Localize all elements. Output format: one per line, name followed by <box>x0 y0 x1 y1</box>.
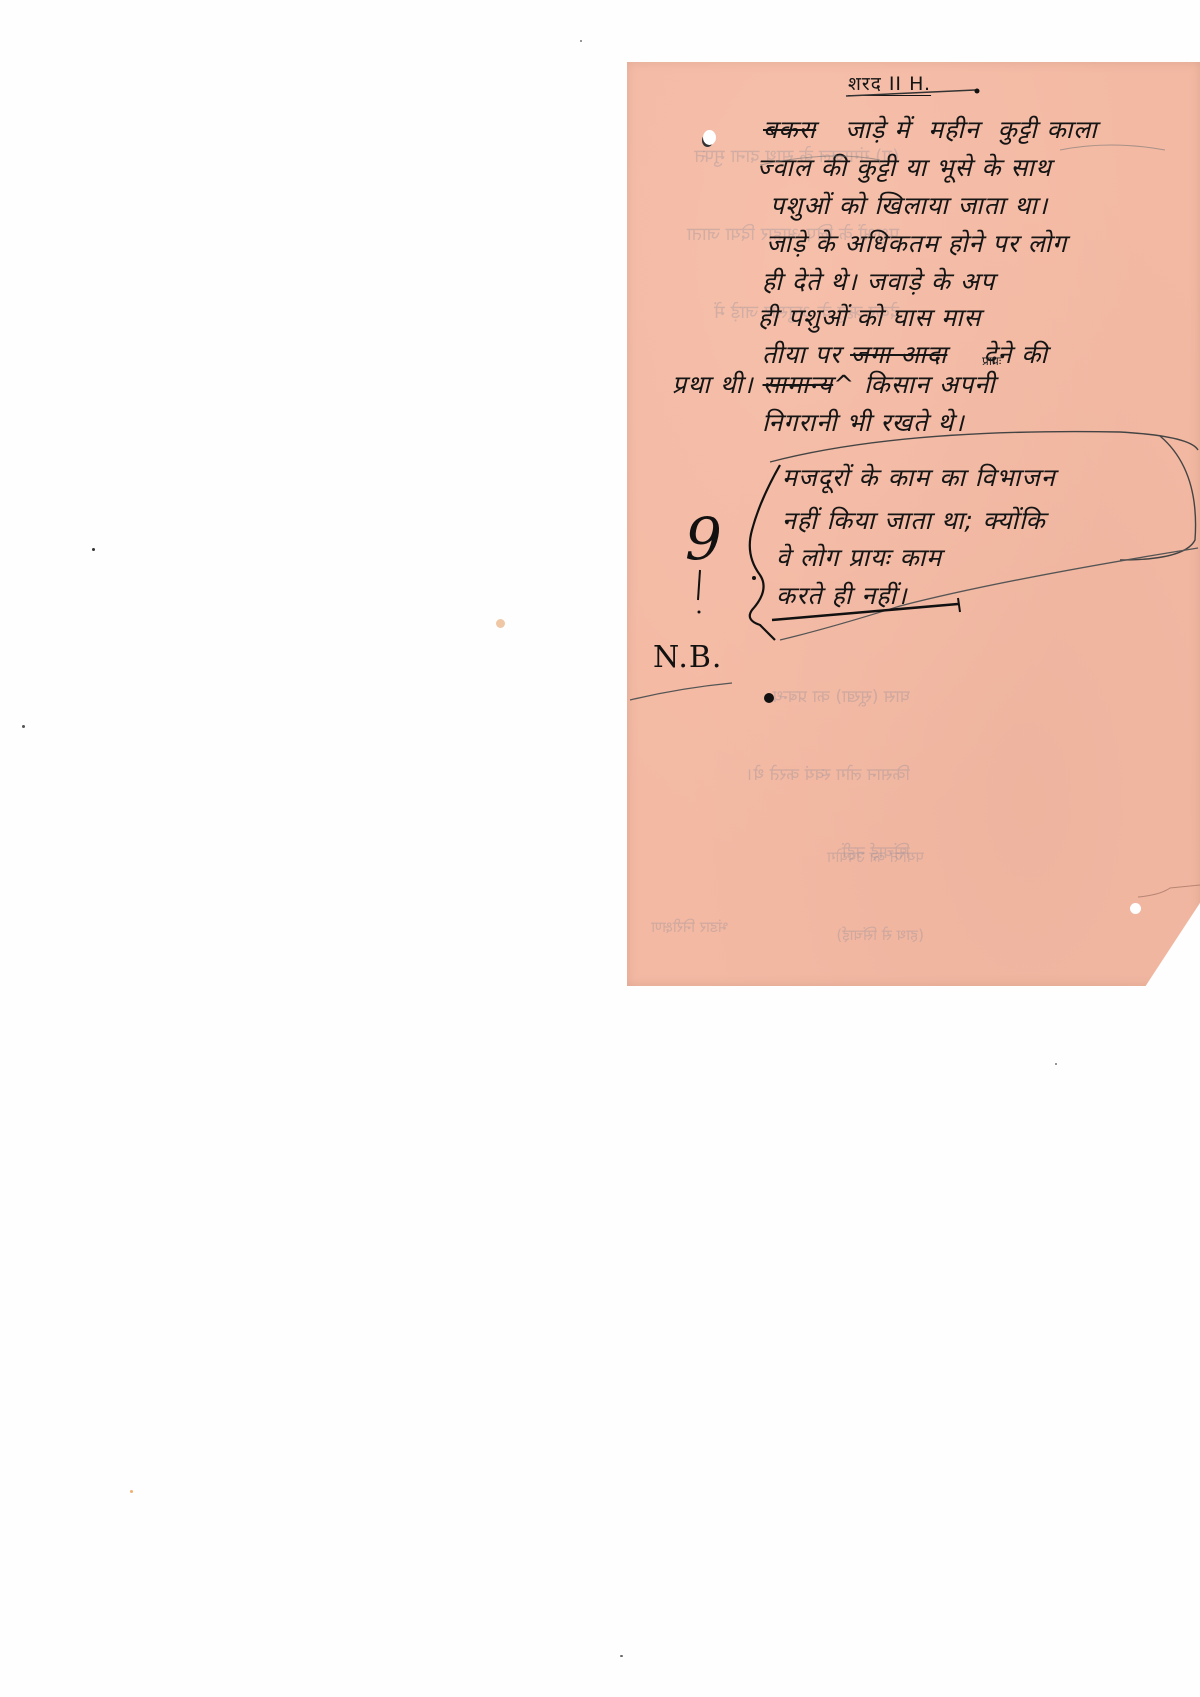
scan-speck <box>620 1655 623 1657</box>
note-line: ही पशुओं को घास मास <box>758 300 981 334</box>
note-line: पशुओं को खिलाया जाता था। <box>770 188 1048 222</box>
scan-speck <box>92 548 95 551</box>
bracketed-note-line: वे लोग प्रायः काम <box>776 540 942 574</box>
note-line: निगरानी भी रखते थे। <box>762 405 965 439</box>
nb-label: N.B. <box>653 640 722 675</box>
struck-word: बकरा <box>763 115 816 144</box>
note-line: जाड़े के अधिकतम होने पर लोग <box>766 226 1067 260</box>
note-line: ही देते थे। जवाड़े के अप <box>762 264 995 298</box>
punch-hole <box>703 130 716 145</box>
scan-speck <box>22 725 25 728</box>
note-line: बकरा <box>763 112 816 146</box>
note-line: प्रथा थी। सामान्य^ किसान अपनी <box>672 367 996 401</box>
scan-speck <box>580 40 582 42</box>
bracketed-note-line: मजदूरों के काम का विभाजन <box>782 460 1056 494</box>
bracketed-note-line: नहीं किया जाता था; क्योंकि <box>782 503 1046 537</box>
note-line: तीया पर जगा आदा देने की <box>762 337 1048 371</box>
bracketed-note-line: करते ही नहीं। <box>776 578 907 612</box>
note-line: ज्वाल की कुट्टी या भूसे के साथ <box>757 150 1052 184</box>
note-header: शरद II H. <box>848 70 931 96</box>
punch-hole <box>1130 903 1141 914</box>
margin-number: 9 <box>685 505 722 573</box>
struck-word: सामान्य <box>763 370 834 399</box>
scan-speck <box>130 1490 133 1493</box>
struck-phrase: जगा आदा <box>850 340 947 369</box>
scan-speck <box>1055 1063 1057 1065</box>
scan-speck-orange <box>496 619 505 628</box>
show-through-text: पर्याप्त का उपयोग (हाथ से सिंचाई) <box>827 792 924 1000</box>
note-line: जाड़े में महीन कुट्टी काला <box>845 112 1098 146</box>
